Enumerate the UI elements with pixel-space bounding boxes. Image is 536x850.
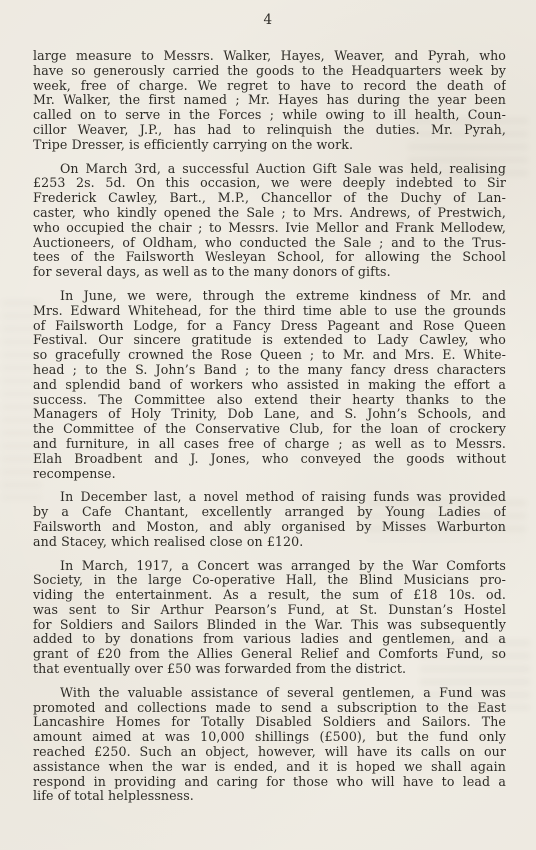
text-line: tees of the Failsworth Wesleyan School, …	[33, 250, 506, 265]
paragraph: In June, we were, through the extreme ki…	[33, 289, 506, 481]
text-line: and furniture, in all cases free of char…	[33, 437, 506, 452]
text-line: for Soldiers and Sailors Blinded in the …	[33, 618, 506, 633]
document-page: 4 large measure to Messrs. Walker, Hayes…	[0, 0, 536, 850]
text-line: success. The Committee also extend their…	[33, 393, 506, 408]
paragraph: In December last, a novel method of rais…	[33, 490, 506, 549]
text-line: large measure to Messrs. Walker, Hayes, …	[33, 49, 506, 64]
paragraph: With the valuable assistance of several …	[33, 686, 506, 804]
text-line: In December last, a novel method of rais…	[33, 490, 506, 505]
text-line: respond in providing and caring for thos…	[33, 775, 506, 790]
text-line: grant of £20 from the Allies General Rel…	[33, 647, 506, 662]
text-line: called on to serve in the Forces ; while…	[33, 108, 506, 123]
text-line: In June, we were, through the extreme ki…	[33, 289, 506, 304]
text-line: and Stacey, which realised close on £120…	[33, 535, 506, 550]
text-line: Elah Broadbent and J. Jones, who conveye…	[33, 452, 506, 467]
text-line: that eventually over £50 was forwarded f…	[33, 662, 506, 677]
text-line: Mrs. Edward Whitehead, for the third tim…	[33, 304, 506, 319]
text-line: amount aimed at was 10,000 shillings (£5…	[33, 730, 506, 745]
text-line: Lancashire Homes for Totally Disabled So…	[33, 715, 506, 730]
text-line: Failsworth and Moston, and ably organise…	[33, 520, 506, 535]
text-line: was sent to Sir Arthur Pearson’s Fund, a…	[33, 603, 506, 618]
text-line: the Committee of the Conservative Club, …	[33, 422, 506, 437]
text-line: Tripe Dresser, is efficiently carrying o…	[33, 138, 506, 153]
text-line: Society, in the large Co-operative Hall,…	[33, 573, 506, 588]
text-line: week, free of charge. We regret to have …	[33, 79, 506, 94]
text-line: have so generously carried the goods to …	[33, 64, 506, 79]
text-line: Frederick Cawley, Bart., M.P., Chancello…	[33, 191, 506, 206]
text-line: and splendid band of workers who assiste…	[33, 378, 506, 393]
text-line: who occupied the chair ; to Messrs. Ivie…	[33, 221, 506, 236]
text-line: by a Cafe Chantant, excellently arranged…	[33, 505, 506, 520]
text-line: On March 3rd, a successful Auction Gift …	[33, 162, 506, 177]
text-line: Managers of Holy Trinity, Dob Lane, and …	[33, 407, 506, 422]
text-line: Auctioneers, of Oldham, who conducted th…	[33, 236, 506, 251]
text-line: head ; to the S. John’s Band ; to the ma…	[33, 363, 506, 378]
text-line: reached £250. Such an object, however, w…	[33, 745, 506, 760]
text-line: In March, 1917, a Concert was arranged b…	[33, 559, 506, 574]
text-block: large measure to Messrs. Walker, Hayes, …	[33, 49, 506, 804]
paragraph: On March 3rd, a successful Auction Gift …	[33, 162, 506, 280]
text-line: £253 2s. 5d. On this occasion, we were d…	[33, 176, 506, 191]
text-line: life of total helplessness.	[33, 789, 506, 804]
paragraph: large measure to Messrs. Walker, Hayes, …	[33, 49, 506, 153]
text-line: assistance when the war is ended, and it…	[33, 760, 506, 775]
text-line: With the valuable assistance of several …	[33, 686, 506, 701]
text-line: promoted and collections made to send a …	[33, 701, 506, 716]
text-line: Festival. Our sincere gratitude is exten…	[33, 333, 506, 348]
text-line: recompense.	[33, 467, 506, 482]
text-line: viding the entertainment. As a result, t…	[33, 588, 506, 603]
text-line: added to by donations from various ladie…	[33, 632, 506, 647]
paragraph: In March, 1917, a Concert was arranged b…	[33, 559, 506, 677]
text-line: caster, who kindly opened the Sale ; to …	[33, 206, 506, 221]
page-number: 4	[0, 12, 536, 28]
text-line: cillor Weaver, J.P., has had to relinqui…	[33, 123, 506, 138]
text-line: of Failsworth Lodge, for a Fancy Dress P…	[33, 319, 506, 334]
text-line: Mr. Walker, the first named ; Mr. Hayes …	[33, 93, 506, 108]
text-line: for several days, as well as to the many…	[33, 265, 506, 280]
text-line: so gracefully crowned the Rose Queen ; t…	[33, 348, 506, 363]
